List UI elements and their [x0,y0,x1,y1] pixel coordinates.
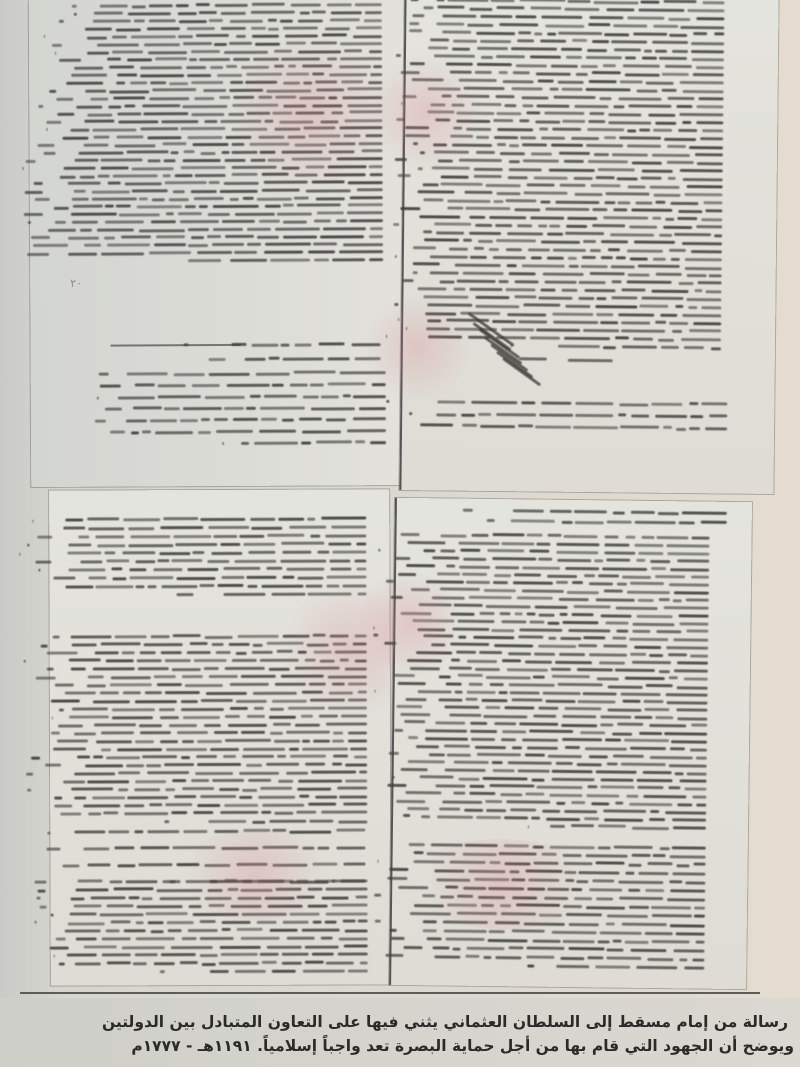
signature-line [533,358,613,367]
heading-line [497,509,727,522]
signature-line [221,343,381,358]
manuscript-page-top-right [399,0,778,494]
manuscript-page-bottom-right [389,498,752,989]
page-number: ٢٠ [70,277,82,290]
handwritten-text-block [62,634,368,820]
caption-line-1: رسالة من إمام مسقط إلى السلطان العثماني … [0,998,800,1034]
manuscript-page-top-left: ٢٠ [29,0,416,487]
handwritten-text-block [37,3,383,260]
footnote-text-block [427,400,727,427]
handwritten-text-block [65,829,365,880]
divider [20,992,760,994]
handwritten-text-block [409,843,705,967]
handwritten-text-block [421,0,725,346]
footnote-text-block [111,371,386,442]
handwritten-text-block [61,517,366,593]
handwritten-text-block [411,533,710,827]
manuscript-page-bottom-left [49,489,391,985]
handwritten-text-block [62,879,367,970]
image-caption: رسالة من إمام مسقط إلى السلطان العثماني … [0,998,800,1067]
caption-line-2: ويوضح أن الجهود التي قام بها من أجل حماي… [0,1034,800,1058]
